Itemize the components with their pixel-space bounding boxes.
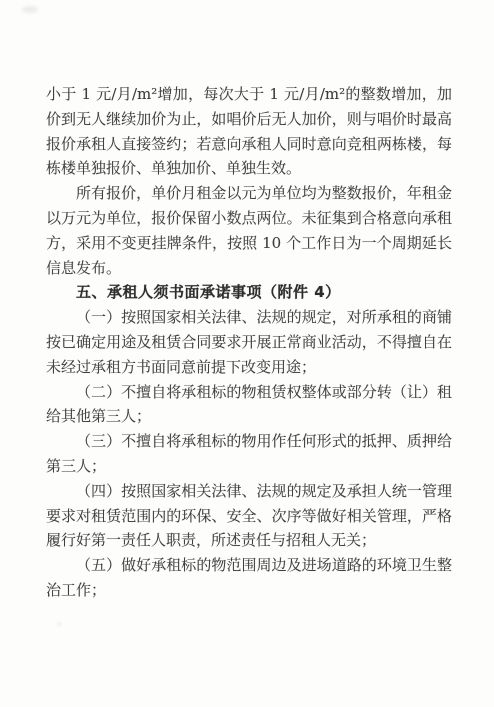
paragraph-quotation-units: 所有报价，单价月租金以元为单位均为整数报价，年租金以万元为单位，报价保留小数点两… [46,181,452,280]
scan-smudge-icon [22,6,38,13]
paragraph-commitment-4: （四）按照国家相关法律、法规的规定及承担人统一管理要求对租赁范围内的环保、安全、… [46,479,452,553]
paragraph-commitment-5: （五）做好承租标的物范围周边及进场道路的环境卫生整治工作； [46,553,452,603]
document-page: 小于 1 元/月/m²增加，每次大于 1 元/月/m²的整数增加，加价到无人继续… [0,0,494,707]
section-heading-written-commitments: 五、承租人须书面承诺事项（附件 4） [46,280,452,305]
scan-speck-icon [57,622,62,626]
paragraph-commitment-1: （一）按照国家相关法律、法规的规定，对所承租的商铺按已确定用途及租赁合同要求开展… [46,305,452,379]
paragraph-commitment-2: （二）不擅自将承租标的物租赁权整体或部分转（让）租给其他第三人； [46,380,452,430]
document-content: 小于 1 元/月/m²增加，每次大于 1 元/月/m²的整数增加，加价到无人继续… [46,82,452,603]
paragraph-commitment-3: （三）不擅自将承租标的物用作任何形式的抵押、质押给第三人； [46,429,452,479]
paragraph-bidding-increment-rules: 小于 1 元/月/m²增加，每次大于 1 元/月/m²的整数增加，加价到无人继续… [46,82,452,181]
